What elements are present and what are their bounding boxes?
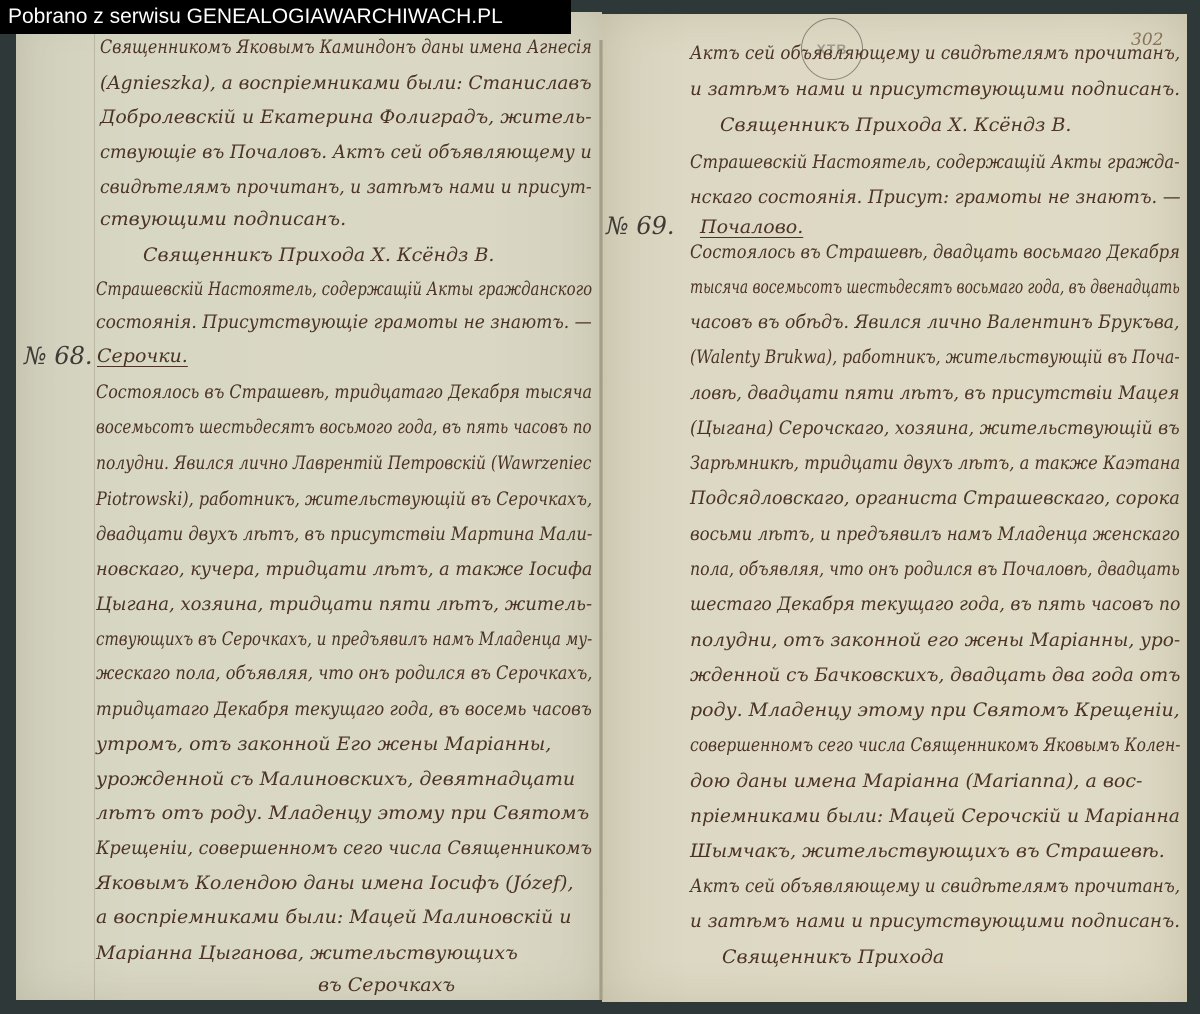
text-line: шестаго Декабря текущаго года, въ пять ч… xyxy=(690,595,1180,614)
text-line: Актъ сей объявляющему и свидѣтелямъ проч… xyxy=(690,44,1180,63)
text-line: совершенномъ сего числа Священникомъ Яко… xyxy=(690,736,1180,755)
text-line: и затѣмъ нами и присутствующими подписан… xyxy=(690,912,1180,931)
text-line: восьми лѣтъ, и предъявилъ намъ Младенца … xyxy=(690,525,1180,544)
text-line: ловѣ, двадцати пяти лѣтъ, въ присутствіи… xyxy=(690,384,1180,403)
text-line: Состоялось въ Страшевѣ, тридцатаго Декаб… xyxy=(96,383,592,402)
text-line: Актъ сей объявляющему и свидѣтелямъ проч… xyxy=(690,877,1180,896)
text-line: Цыгана, хозяина, тридцати пяти лѣтъ, жит… xyxy=(96,595,592,614)
entry-number: № 68. xyxy=(24,342,93,370)
text-line: Добролевскій и Екатерина Фолиградъ, жите… xyxy=(100,108,592,127)
text-line: пріемниками были: Мацей Серочскій и Марі… xyxy=(690,807,1180,826)
text-line: полудни, отъ законной его жены Маріанны,… xyxy=(690,631,1180,650)
text-line: восемьсотъ шестьдесятъ восьмого года, въ… xyxy=(96,418,592,437)
text-line: Страшевскій Настоятель, содержащій Акты … xyxy=(690,153,1180,172)
book-spine xyxy=(599,40,603,1000)
text-line: ствующіе въ Почаловъ. Актъ сей объявляющ… xyxy=(100,143,592,162)
text-line: Шымчакъ, жительствующихъ въ Страшевѣ. xyxy=(690,842,1165,861)
text-line: ствующихъ въ Серочкахъ, и предъявилъ нам… xyxy=(96,630,592,649)
text-line: (Walenty Brukwa), работникъ, жительствую… xyxy=(690,348,1180,367)
text-line: тысяча восемьсотъ шестьдесятъ восьмаго г… xyxy=(690,278,1180,297)
signature-line: Священникъ Прихода X. Ксёндз В. xyxy=(143,246,494,265)
text-line: а воспріемниками были: Мацей Малиновскій… xyxy=(96,908,572,927)
text-line: Крещеніи, совершенномъ сего числа Священ… xyxy=(96,839,592,858)
text-line: тридцатаго Декабря текущаго года, въ вос… xyxy=(96,700,592,719)
text-line: дою даны имена Маріанна (Marianna), а во… xyxy=(690,772,1142,791)
text-line: двадцати двухъ лѣтъ, въ присутствіи Март… xyxy=(96,525,592,544)
text-line: Страшевскій Настоятель, содержащій Акты … xyxy=(96,280,592,299)
text-line: полудни. Явился лично Лаврентій Петровск… xyxy=(96,454,591,473)
document-scan: Pobrano z serwisu GENEALOGIAWARCHIWACH.P… xyxy=(0,0,1200,1014)
text-line: часовъ въ обѣдъ. Явился лично Валентинъ … xyxy=(690,313,1179,332)
text-line: Состоялось въ Страшевѣ, двадцать восьмаг… xyxy=(690,243,1180,262)
entry-place: Серочки. xyxy=(97,345,188,367)
text-line: урожденной съ Малиновскихъ, девятнадцати xyxy=(96,770,575,789)
text-line: жескаго пола, объявляя, что онъ родился … xyxy=(96,664,592,683)
text-line: Священникомъ Яковымъ Каминдонъ даны имен… xyxy=(100,38,592,57)
text-line: ствующими подписанъ. xyxy=(100,210,346,229)
entry-number: № 69. xyxy=(606,212,675,240)
text-line: въ Серочкахъ xyxy=(318,976,455,995)
text-line: свидѣтелямъ прочитанъ, и затѣмъ нами и п… xyxy=(100,178,592,197)
text-line: Piotrowski), работникъ, жительствующій в… xyxy=(96,490,592,509)
text-line: Зарѣмникѣ, тридцати двухъ лѣтъ, а также … xyxy=(690,454,1180,473)
text-line: роду. Младенцу этому при Святомъ Крещені… xyxy=(690,701,1180,720)
text-line: Маріанна Цыганова, жительствующихъ xyxy=(96,944,518,963)
margin-rule xyxy=(94,12,95,1000)
text-line: состоянія. Присутствующіе грамоты не зна… xyxy=(96,313,592,332)
text-line: новскаго, кучера, тридцати лѣтъ, а также… xyxy=(96,560,592,579)
text-line: нскаго состоянія. Присут: грамоты не зна… xyxy=(690,188,1181,207)
text-line: (Agnieszka), а воспріемниками были: Стан… xyxy=(100,74,592,93)
text-line: и затѣмъ нами и присутствующими подписан… xyxy=(690,80,1180,99)
entry-place: Почалово. xyxy=(700,216,803,238)
signature-line: Священникъ Прихода xyxy=(722,948,944,967)
signature-line: Священникъ Прихода X. Ксёндз В. xyxy=(720,116,1071,135)
text-line: пола, объявляя, что онъ родился въ Почал… xyxy=(690,560,1180,579)
text-line: (Цыгана) Серочскаго, хозяина, жительству… xyxy=(690,419,1180,438)
watermark-banner: Pobrano z serwisu GENEALOGIAWARCHIWACH.P… xyxy=(0,0,571,34)
text-line: Подсядловскаго, органиста Страшевскаго, … xyxy=(690,489,1180,508)
text-line: утромъ, отъ законной Его жены Маріанны, xyxy=(96,735,551,754)
text-line: жденной съ Бачковскихъ, двадцать два год… xyxy=(690,666,1180,685)
text-line: Яковымъ Колендою даны имена Іосифъ (Józe… xyxy=(96,874,574,893)
text-line: лѣтъ отъ роду. Младенцу этому при Святом… xyxy=(96,804,589,823)
